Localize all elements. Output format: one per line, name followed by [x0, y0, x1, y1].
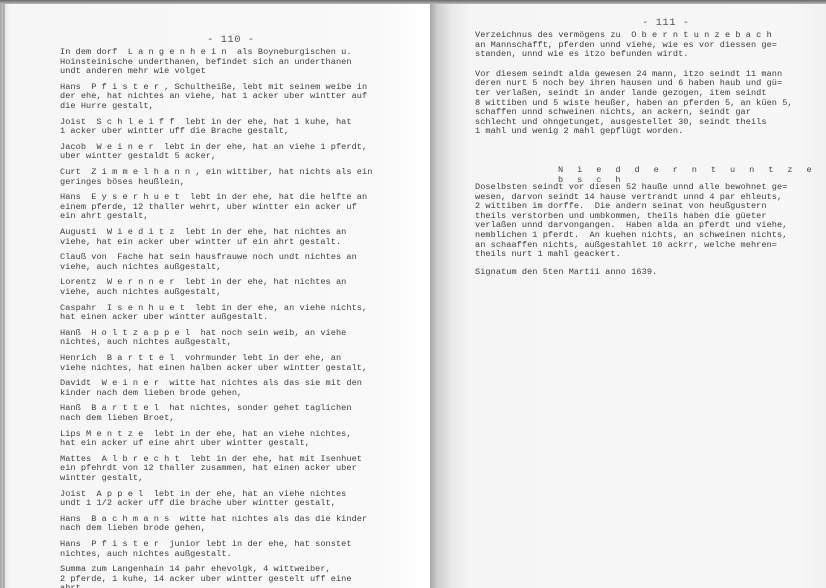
page-number-left: - 110 - [207, 34, 255, 46]
right-intro-paragraph: Verzeichnus des vermögens zu O b e r n t… [475, 31, 777, 60]
household-entry: Henrich B a r t t e l vohrmunder lebt in… [60, 354, 367, 373]
page-stack-edge [0, 4, 5, 588]
household-entry: Hans B a c h m a n s witte hat nichtes a… [60, 515, 367, 534]
household-entry: Joist S c h l e i f f lebt in der ehe, h… [60, 118, 352, 137]
household-entry: Hanß H o l t z a p p e l hat noch sein w… [60, 329, 346, 348]
household-entry: Hans P f i s t e r , Schultheiße, lebt m… [60, 83, 367, 112]
household-entry: Hanß B a r t t e l hat nichtes, sonder g… [60, 404, 352, 423]
household-entry: Davidt W e i n e r witte hat nichtes als… [60, 379, 362, 398]
page-number-right: - 111 - [642, 17, 690, 29]
household-entry: Joist A p p e l lebt in der ehe, hat an … [60, 490, 346, 509]
household-entry: Curt Z i m m e l h a n n , ein wittiber,… [60, 168, 372, 187]
household-entry: Clauß von Fache hat sein hausfrauwe noch… [60, 253, 357, 272]
household-entry: Mattes A l b r e c h t lebt in der ehe, … [60, 455, 362, 484]
household-entry: Jacob W e i n e r lebt in der ehe, hat a… [60, 143, 367, 162]
signature-line: Signatum den 5ten Martii anno 1639. [475, 268, 657, 278]
right-page: - 111 - Verzeichnus des vermögens zu O b… [430, 4, 826, 588]
household-entry: Hans P f i s t e r junior lebt in der eh… [60, 540, 352, 559]
book-spread: - 110 - In dem dorf L a n g e n h e i n … [0, 4, 826, 588]
household-entry: Lips M e n t z e lebt in der ehe, hat an… [60, 430, 352, 449]
obern-tunzebach-paragraph: Vor diesem seindt alda gewesen 24 mann, … [475, 70, 793, 137]
household-entry: Lorentz W e r n n e r lebt in der ehe, h… [60, 278, 346, 297]
summary-entry: Summa zum Langenhain 14 pahr ehevolgk, 4… [60, 565, 352, 588]
left-intro-paragraph: In dem dorf L a n g e n h e i n als Boyn… [60, 48, 352, 77]
household-entry: Hans E y s e r h u e t lebt in der ehe, … [60, 193, 367, 222]
household-entry: Caspahr I s e n h u e t lebt in der ehe,… [60, 304, 367, 323]
niedern-tunzebach-paragraph: Doselbsten seindt vor diesen 52 hauße un… [475, 183, 787, 260]
left-page: - 110 - In dem dorf L a n g e n h e i n … [0, 4, 430, 588]
household-entry: Augusti W i e d i t z lebt in der ehe, h… [60, 228, 346, 247]
